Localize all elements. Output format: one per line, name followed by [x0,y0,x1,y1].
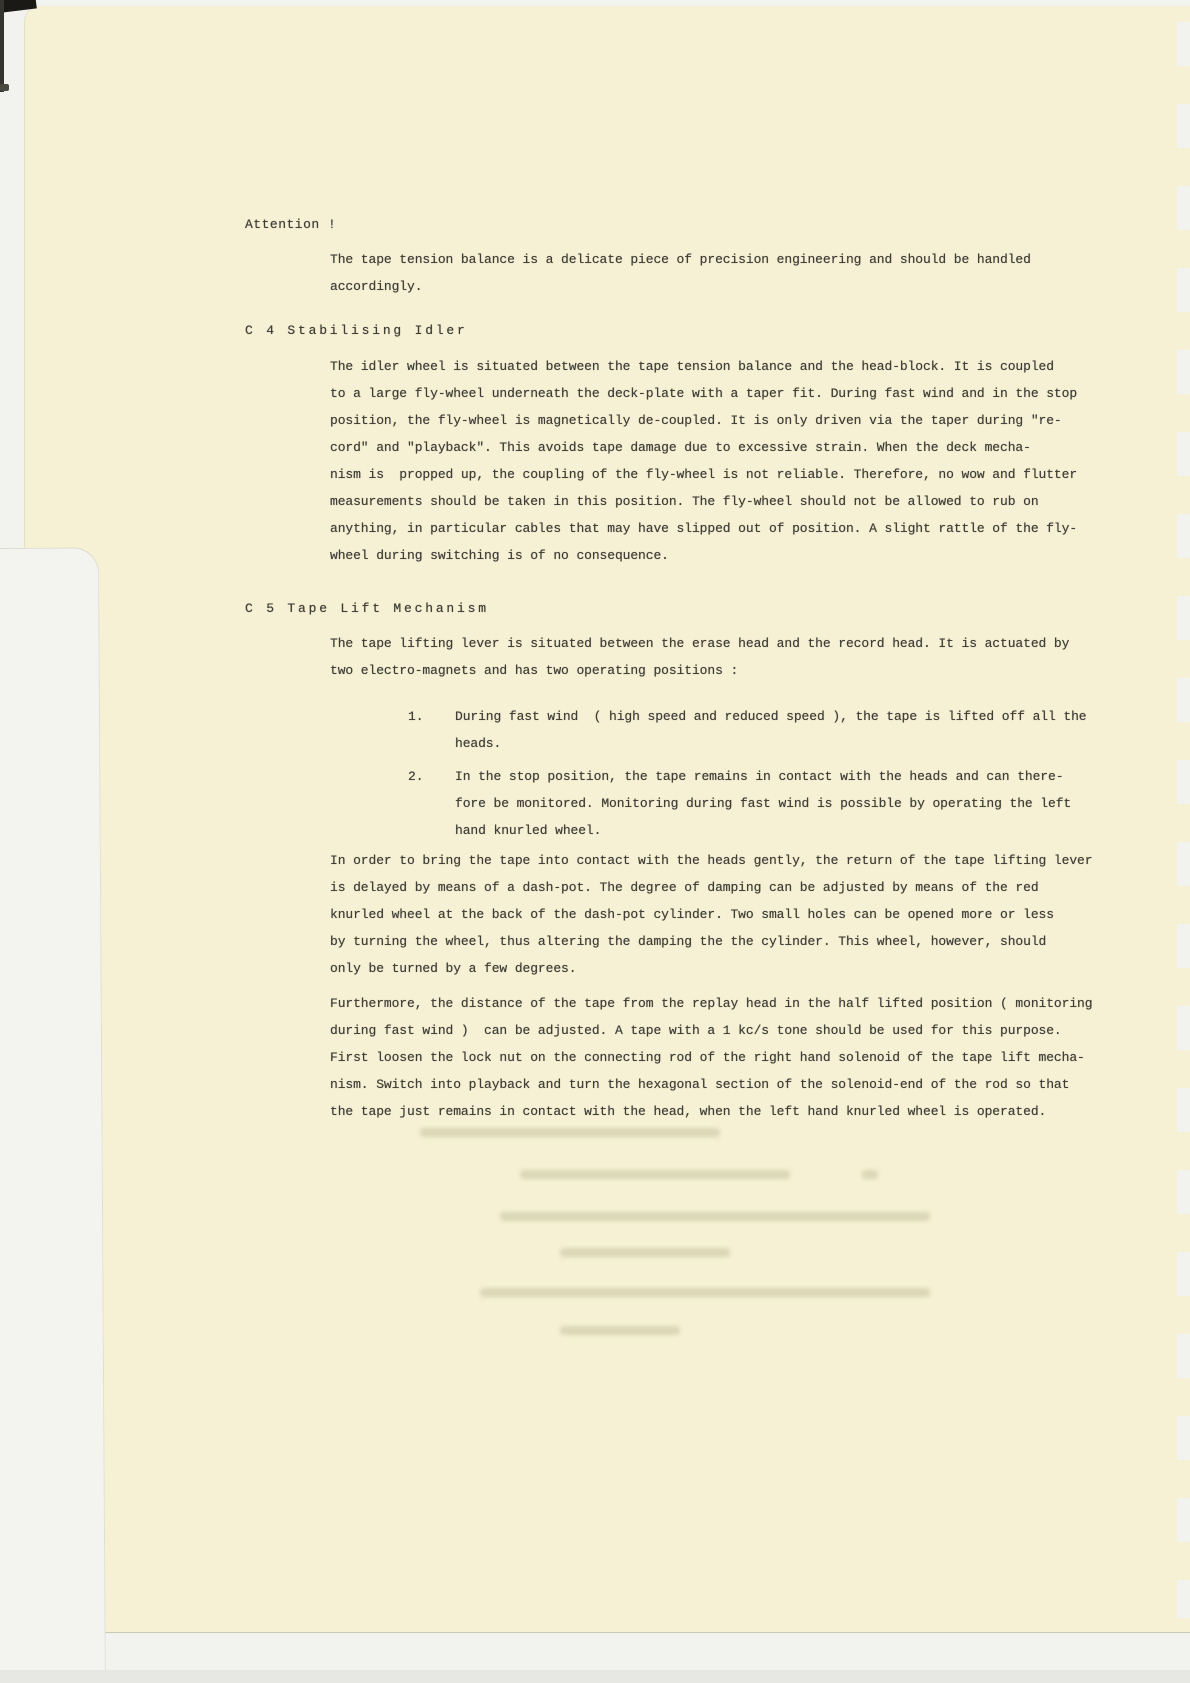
scanned-manual-page: Attention ! The tape tension balance is … [0,0,1190,1683]
c5-damping-paragraph: In order to bring the tape into contact … [330,847,1092,982]
attention-heading: Attention ! [245,216,336,234]
text-line: two electro-magnets and has two operatin… [330,657,1069,684]
section-heading-c5: C 5 Tape Lift Mechanism [245,600,489,618]
c5-intro-paragraph: The tape lifting lever is situated betwe… [330,630,1069,684]
list-item-text: In the stop position, the tape remains i… [455,763,1071,844]
text-line: During fast wind ( high speed and reduce… [455,703,1087,730]
text-line: position, the fly-wheel is magnetically … [330,407,1077,434]
text-line: by turning the wheel, thus altering the … [330,928,1092,955]
text-line: wheel during switching is of no conseque… [330,542,1077,569]
text-line: nism. Switch into playback and turn the … [330,1071,1092,1098]
text-line: The idler wheel is situated between the … [330,353,1077,380]
typewritten-text: Attention ! The tape tension balance is … [0,0,1190,1683]
text-line: accordingly. [330,273,1031,300]
list-item-number: 1. [408,703,424,730]
text-line: First loosen the lock nut on the connect… [330,1044,1092,1071]
section-heading-c4: C 4 Stabilising Idler [245,322,468,340]
text-line: nism is propped up, the coupling of the … [330,461,1077,488]
text-line: hand knurled wheel. [455,817,1071,844]
list-item-text: During fast wind ( high speed and reduce… [455,703,1087,757]
c4-paragraph: The idler wheel is situated between the … [330,353,1077,569]
text-line: fore be monitored. Monitoring during fas… [455,790,1071,817]
text-line: The tape lifting lever is situated betwe… [330,630,1069,657]
text-line: anything, in particular cables that may … [330,515,1077,542]
attention-paragraph: The tape tension balance is a delicate p… [330,246,1031,300]
text-line: cord" and "playback". This avoids tape d… [330,434,1077,461]
list-item-1: 1. During fast wind ( high speed and red… [408,703,1087,757]
text-line: is delayed by means of a dash-pot. The d… [330,874,1092,901]
text-line: In the stop position, the tape remains i… [455,763,1071,790]
c5-adjustment-paragraph: Furthermore, the distance of the tape fr… [330,990,1092,1125]
text-line: knurled wheel at the back of the dash-po… [330,901,1092,928]
list-item-2: 2. In the stop position, the tape remain… [408,763,1071,844]
text-line: Furthermore, the distance of the tape fr… [330,990,1092,1017]
text-line: The tape tension balance is a delicate p… [330,246,1031,273]
text-line: only be turned by a few degrees. [330,955,1092,982]
text-line: measurements should be taken in this pos… [330,488,1077,515]
list-item-number: 2. [408,763,424,790]
text-line: to a large fly-wheel underneath the deck… [330,380,1077,407]
text-line: In order to bring the tape into contact … [330,847,1092,874]
text-line: the tape just remains in contact with th… [330,1098,1092,1125]
text-line: during fast wind ) can be adjusted. A ta… [330,1017,1092,1044]
text-line: heads. [455,730,1087,757]
